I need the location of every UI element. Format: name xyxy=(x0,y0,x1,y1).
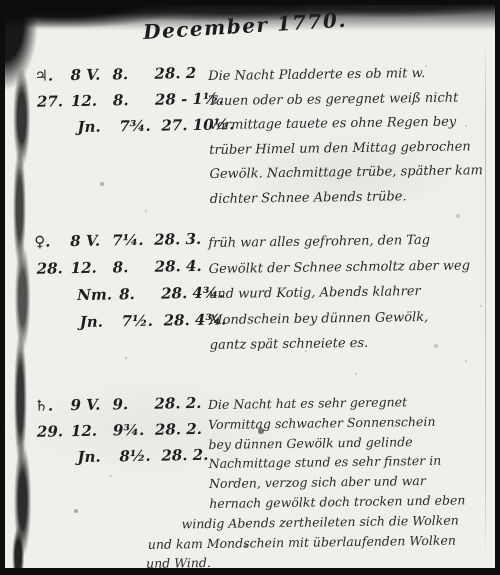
time-cell: Jn. xyxy=(77,447,119,466)
thermometer-cell: 7¼. xyxy=(112,231,154,250)
thermometer-cell: 8. xyxy=(113,258,155,277)
weekday-symbol: ♀. xyxy=(34,232,70,251)
time-cell: 8 V. xyxy=(70,231,112,250)
paper-speckles xyxy=(5,5,7,7)
thermometer-cell: 7½. xyxy=(121,312,163,331)
empty-cell xyxy=(43,313,79,314)
empty-cell xyxy=(41,118,77,119)
journal-text: Die Nacht Pladderte es ob mit w. Tauen o… xyxy=(208,61,495,212)
time-cell: 12. xyxy=(71,421,113,440)
journal-line: Gewölk. Nachmittage trübe, späther kam xyxy=(209,159,495,188)
paper-background: December 1770. ♃. 8 V. 8. 28. 2 27. 12. … xyxy=(5,5,495,568)
thermometer-cell: 8½. xyxy=(119,447,161,466)
time-cell: Jn. xyxy=(77,117,119,136)
empty-cell xyxy=(41,448,77,449)
weekday-symbol: ♃. xyxy=(34,66,70,85)
time-cell: 9 V. xyxy=(70,395,112,414)
journal-line: Mondschein bey dünnen Gewölk, xyxy=(209,303,495,333)
time-cell: 8 V. xyxy=(70,65,112,84)
journal-line: Gewölkt der Schnee schmoltz aber weg xyxy=(208,252,495,282)
journal-text: früh war alles gefrohren, den Tag Gewölk… xyxy=(208,227,495,359)
date-label: 27. xyxy=(35,92,71,111)
date-label: 29. xyxy=(35,422,71,441)
time-cell: Nm. xyxy=(77,285,119,304)
journal-line: dichter Schnee Abends trübe. xyxy=(210,183,495,212)
scanned-journal-page: December 1770. ♃. 8 V. 8. 28. 2 27. 12. … xyxy=(0,0,500,575)
thermometer-cell: 9. xyxy=(112,395,154,414)
thermometer-cell: 9¾. xyxy=(113,421,155,440)
journal-text: Die Nacht hat es sehr geregnet Vormittag… xyxy=(208,391,495,568)
thermometer-cell: 8. xyxy=(113,91,155,110)
page-title: December 1770. xyxy=(142,6,373,44)
empty-cell xyxy=(41,286,77,287)
time-cell: 12. xyxy=(71,258,113,277)
date-label: 28. xyxy=(35,259,71,278)
journal-line: und wurd Kotig, Abends klahrer xyxy=(209,278,495,308)
journal-line: früh war alles gefrohren, den Tag xyxy=(208,227,495,257)
time-cell: 12. xyxy=(71,91,113,110)
journal-line: Vormittage tauete es ohne Regen bey xyxy=(209,110,495,139)
thermometer-cell: 7¾. xyxy=(119,117,161,136)
time-cell: Jn. xyxy=(79,312,121,331)
thermometer-cell: 8. xyxy=(112,65,154,84)
journal-line: gantz spät schneiete es. xyxy=(210,329,495,359)
thermometer-cell: 8. xyxy=(119,285,161,304)
weekday-symbol: ♄. xyxy=(34,396,70,415)
